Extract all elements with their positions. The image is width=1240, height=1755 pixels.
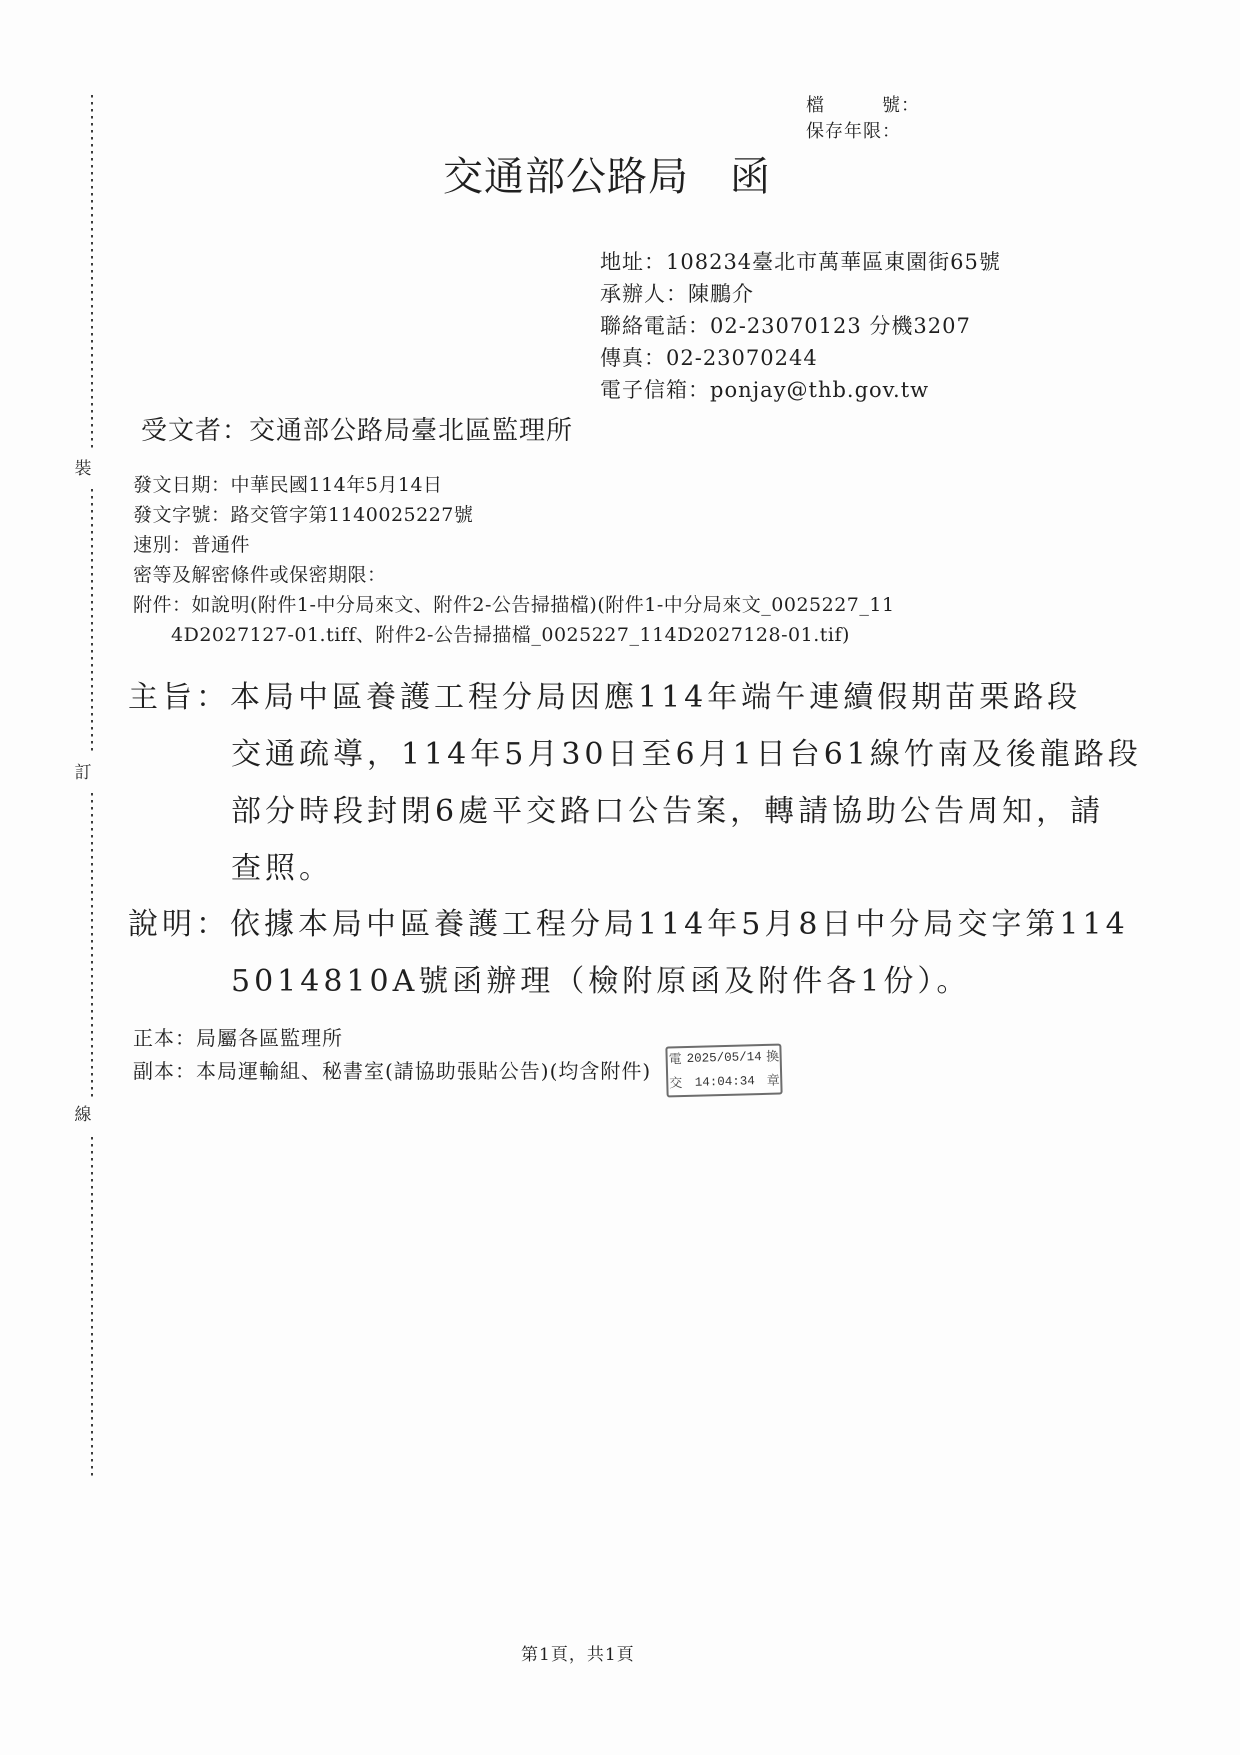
description-line-1: 說明：依據本局中區養護工程分局114年5月8日中分局交字第114 (128, 896, 1129, 953)
document-meta-block: 發文日期：中華民國114年5月14日 發文字號：路交管字第1140025227號… (133, 470, 895, 650)
send-date-line: 發文日期：中華民國114年5月14日 (133, 470, 895, 500)
binding-mark-xian: 線 (72, 1102, 94, 1128)
stamp-date: 2025/05/14 (687, 1051, 762, 1066)
speed-class-line: 速別：普通件 (133, 530, 895, 560)
archive-label-block: 檔 號： 保存年限： (806, 93, 920, 145)
description-line-2: 5014810A號函辦理（檢附原函及附件各1份）。 (231, 953, 1129, 1010)
attachment-line-2: 4D2027127-01.tiff、附件2-公告掃描檔_0025227_114D… (133, 620, 895, 650)
sender-address: 地址：108234臺北市萬華區東園街65號 (600, 246, 1001, 278)
document-number-line: 發文字號：路交管字第1140025227號 (133, 500, 895, 530)
retention-period-label: 保存年限： (806, 119, 920, 145)
binding-dotted-line (91, 1137, 93, 1477)
subject-line-1: 主旨：本局中區養護工程分局因應114年端午連續假期苗栗路段 (128, 669, 1142, 726)
binding-mark-zhuang: 裝 (72, 456, 94, 482)
binding-dotted-line (91, 793, 93, 1099)
sender-phone: 聯絡電話：02-23070123 分機3207 (600, 310, 1001, 342)
subject-paragraph: 主旨：本局中區養護工程分局因應114年端午連續假期苗栗路段 交通疏導，114年5… (128, 669, 1142, 897)
stamp-time: 14:04:34 (695, 1075, 755, 1090)
page-number-footer: 第1頁，共1頁 (521, 1640, 635, 1665)
sender-email: 電子信箱：ponjay@thb.gov.tw (600, 374, 1001, 406)
original-copy-line: 正本：局屬各區監理所 (133, 1022, 651, 1055)
stamp-char-dian: 電 (669, 1053, 682, 1066)
attachment-line-1: 附件：如說明(附件1-中分局來文、附件2-公告掃描檔)(附件1-中分局來文_00… (133, 590, 895, 620)
binding-mark-ding: 訂 (72, 760, 94, 786)
stamp-char-jiao: 交 (669, 1077, 682, 1090)
security-class-line: 密等及解密條件或保密期限： (133, 560, 895, 590)
subject-line-3: 部分時段封閉6處平交路口公告案，轉請協助公告周知，請 (231, 783, 1142, 840)
cc-copy-line: 副本：本局運輸組、秘書室(請協助張貼公告)(均含附件) (133, 1055, 651, 1088)
sender-fax: 傳真：02-23070244 (600, 342, 1001, 374)
sender-contact-person: 承辦人：陳鵬介 (600, 278, 1001, 310)
recipient-line: 受文者：交通部公路局臺北區監理所 (141, 414, 573, 448)
stamp-char-huan: 換 (766, 1051, 779, 1064)
copies-block: 正本：局屬各區監理所 副本：本局運輸組、秘書室(請協助張貼公告)(均含附件) (133, 1022, 651, 1088)
sender-contact-block: 地址：108234臺北市萬華區東園街65號 承辦人：陳鵬介 聯絡電話：02-23… (600, 246, 1001, 406)
file-number-label: 檔 號： (806, 93, 920, 119)
scanned-official-letter: 裝 訂 線 檔 號： 保存年限： 交通部公路局 函 地址：108234臺北市萬華… (0, 0, 1240, 1755)
stamp-char-zhang: 章 (767, 1074, 780, 1087)
subject-line-2: 交通疏導，114年5月30日至6月1日台61線竹南及後龍路段 (231, 726, 1142, 783)
description-paragraph: 說明：依據本局中區養護工程分局114年5月8日中分局交字第114 5014810… (128, 896, 1129, 1010)
binding-dotted-line (91, 95, 93, 452)
binding-dotted-line (91, 489, 93, 755)
document-title: 交通部公路局 函 (443, 154, 771, 200)
electronic-exchange-stamp: 電 2025/05/14 換 交 14:04:34 章 (665, 1043, 782, 1097)
subject-line-4: 查照。 (231, 840, 1142, 897)
